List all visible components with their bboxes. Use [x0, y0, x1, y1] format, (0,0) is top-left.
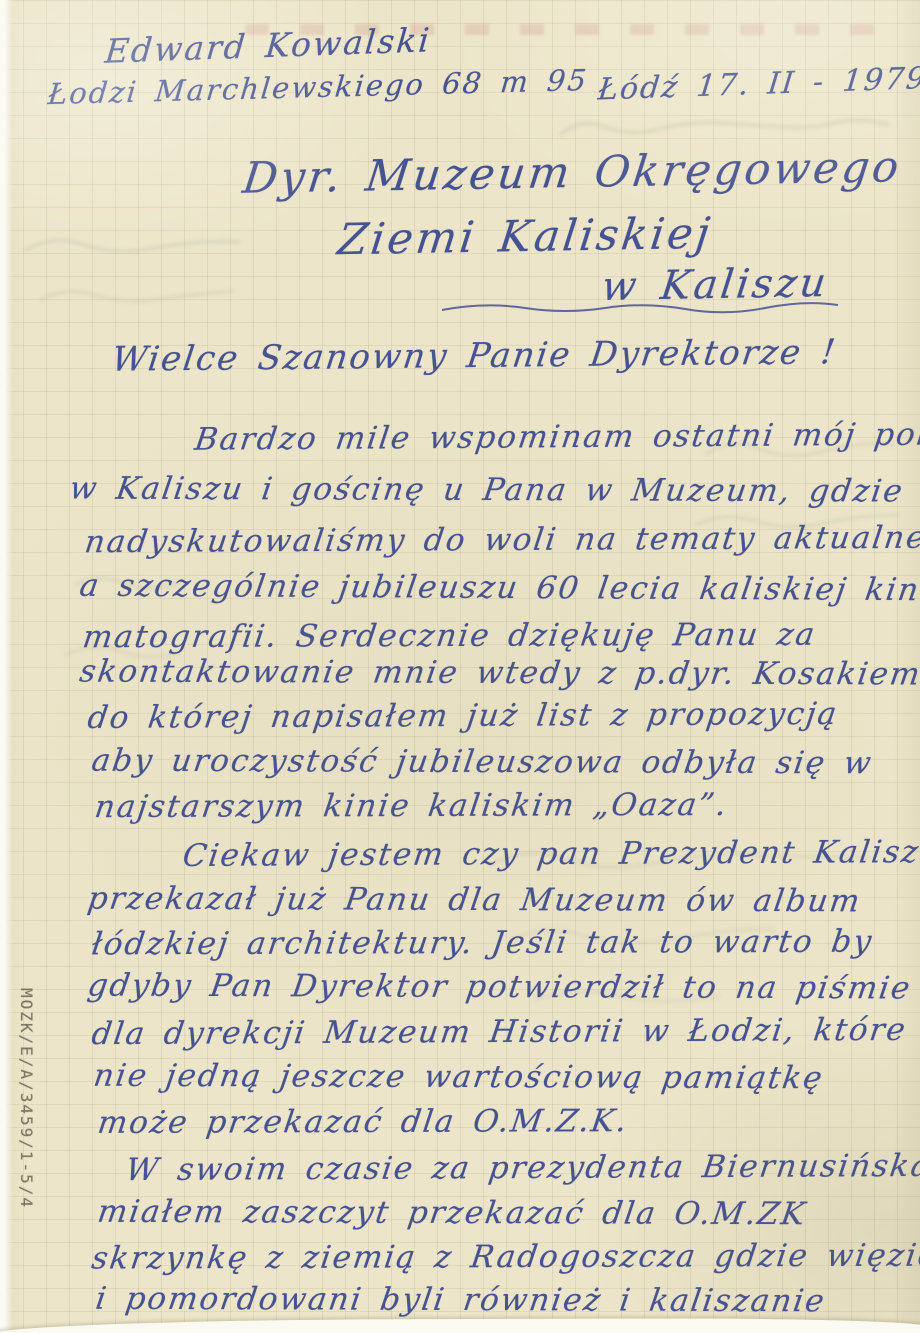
- body-line: skontaktowanie mnie wtedy z p.dyr. Kosak…: [77, 654, 920, 693]
- addressee-line-2: Ziemi Kaliskiej: [335, 209, 715, 266]
- addressee-line-1: Dyr. Muzeum Okręgowego: [240, 142, 904, 204]
- body-line: matografii. Serdecznie dziękuję Panu za: [81, 617, 819, 656]
- scan-edge-bottom: [0, 1318, 920, 1333]
- body-line: miałem zaszczyt przekazać dla O.M.ZK: [95, 1194, 809, 1232]
- body-line: i pomordowani byli również i kaliszanie: [93, 1281, 828, 1320]
- wavy-underline: [440, 300, 840, 316]
- ink-bleedthrough-mark: [15, 215, 250, 340]
- salutation: Wielce Szanowny Panie Dyrektorze !: [109, 332, 839, 380]
- dateline: Łódź 17. II - 1979 r.: [596, 59, 920, 107]
- body-line: skrzynkę z ziemią z Radogoszcza gdzie wi…: [90, 1237, 920, 1276]
- body-line: W swoim czasie za prezydenta Biernusińsk…: [124, 1148, 920, 1188]
- body-line: najstarszym kinie kaliskim „Oaza”.: [93, 787, 731, 825]
- body-line: w Kaliszu i gościnę u Pana w Muzeum, gdz…: [67, 471, 906, 510]
- body-line: aby uroczystość jubileuszowa odbyła się …: [89, 743, 875, 782]
- sender-address: Łodzi Marchlewskiego 68 m 95: [46, 63, 589, 111]
- body-line: dla dyrekcji Muzeum Historii w Łodzi, kt…: [90, 1012, 910, 1052]
- body-line: Ciekaw jestem czy pan Prezydent Kalisza: [181, 834, 920, 874]
- body-line: gdyby Pan Dyrektor potwierdził to na piś…: [85, 968, 914, 1007]
- body-line: nie jedną jeszcze wartościową pamiątkę: [91, 1058, 826, 1097]
- body-line: a szczególnie jubileuszu 60 lecia kalisk…: [77, 568, 920, 609]
- body-line: do której napisałem już list z propozycj…: [86, 696, 841, 736]
- body-line: przekazał już Panu dla Muzeum ów album: [85, 881, 863, 920]
- archive-number: MOZK/E/A/3459/1-5/4: [17, 988, 36, 1209]
- body-line: może przekazać dla O.M.Z.K.: [96, 1103, 631, 1141]
- sender-name: Edward Kowalski: [103, 20, 432, 71]
- body-line: łódzkiej architektury. Jeśli tak to wart…: [90, 924, 876, 963]
- letter-page: Edward Kowalski Łodzi Marchlewskiego 68 …: [0, 0, 920, 1333]
- scan-edge-left: [0, 0, 13, 1333]
- body-line: Bardzo mile wspominam ostatni mój pobyt: [193, 416, 920, 457]
- body-line: nadyskutowaliśmy do woli na tematy aktua…: [83, 520, 920, 560]
